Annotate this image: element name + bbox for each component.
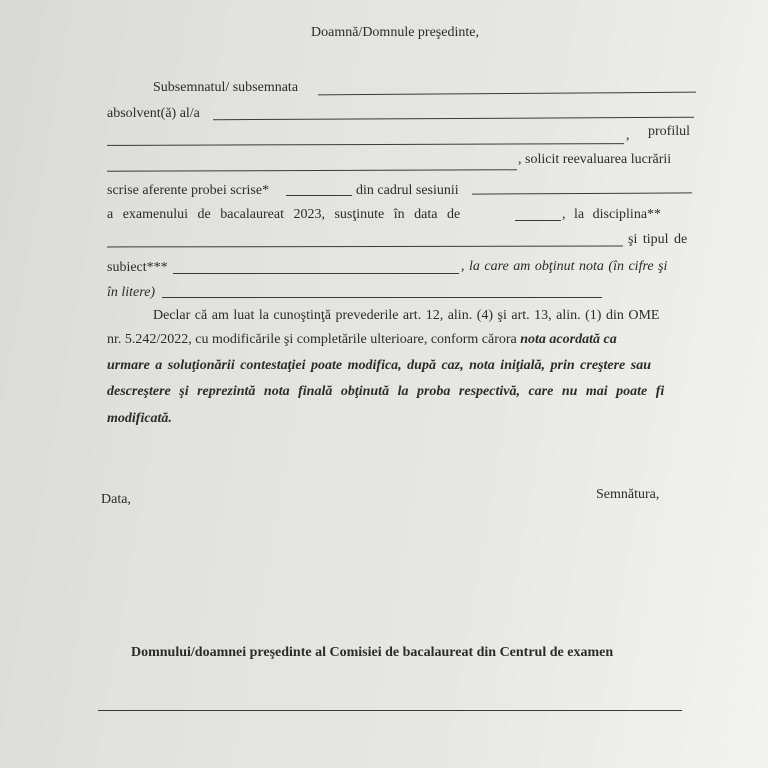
session-field[interactable]	[472, 192, 692, 194]
declaration-line-4: descreştere şi reprezintă nota finală ob…	[107, 383, 664, 401]
declaration-line-2: nr. 5.242/2022, cu modificările şi compl…	[107, 331, 717, 349]
declaration-line-3: urmare a soluţionării contestaţiei poate…	[107, 357, 651, 375]
subject-label: subiect***	[107, 259, 168, 277]
date-label: Data,	[101, 491, 131, 509]
grade-field[interactable]	[162, 297, 602, 298]
application-form-page: Doamnă/Domnule preşedinte, Subsemnatul/ …	[0, 0, 768, 768]
signature-label: Semnătura,	[596, 486, 659, 504]
discipline-label: , la disciplina**	[562, 206, 661, 224]
declaration-line-5: modificată.	[107, 410, 172, 428]
declaration-line-1: Declar că am luat la cunoştinţă preveder…	[153, 307, 659, 325]
addressee: Domnului/doamnei preşedinte al Comisiei …	[131, 644, 613, 662]
exam-center-field[interactable]	[98, 710, 682, 711]
salutation: Doamnă/Domnule preşedinte,	[311, 24, 479, 42]
subject-type-field[interactable]	[173, 273, 459, 274]
comma: ,	[626, 127, 630, 145]
profile-label: profilul	[648, 123, 690, 141]
grade-in-words-label: în litere)	[107, 284, 155, 302]
name-label: Subsemnatul/ subsemnata	[153, 79, 298, 97]
exam-date-label: a examenului de bacalaureat 2023, susţin…	[107, 206, 460, 224]
profile-field[interactable]	[107, 169, 517, 171]
exam-date-field[interactable]	[515, 220, 561, 221]
exam-test-label: scrise aferente probei scrise*	[107, 182, 269, 200]
declaration-line-2-normal: nr. 5.242/2022, cu modificările şi compl…	[107, 332, 517, 347]
school-field[interactable]	[213, 117, 694, 121]
grade-text: , la care am obţinut nota (în cifre şi	[461, 258, 667, 276]
discipline-field[interactable]	[107, 246, 623, 248]
name-field[interactable]	[318, 92, 696, 96]
school-continued-field[interactable]	[107, 143, 624, 146]
school-label: absolvent(ă) al/a	[107, 105, 200, 123]
subject-type-label: şi tipul de	[628, 231, 687, 249]
declaration-line-2-emphasis: nota acordată ca	[520, 332, 616, 347]
session-label: din cadrul sesiunii	[356, 182, 459, 200]
exam-test-field[interactable]	[286, 195, 352, 196]
request-text: , solicit reevaluarea lucrării	[518, 151, 671, 169]
